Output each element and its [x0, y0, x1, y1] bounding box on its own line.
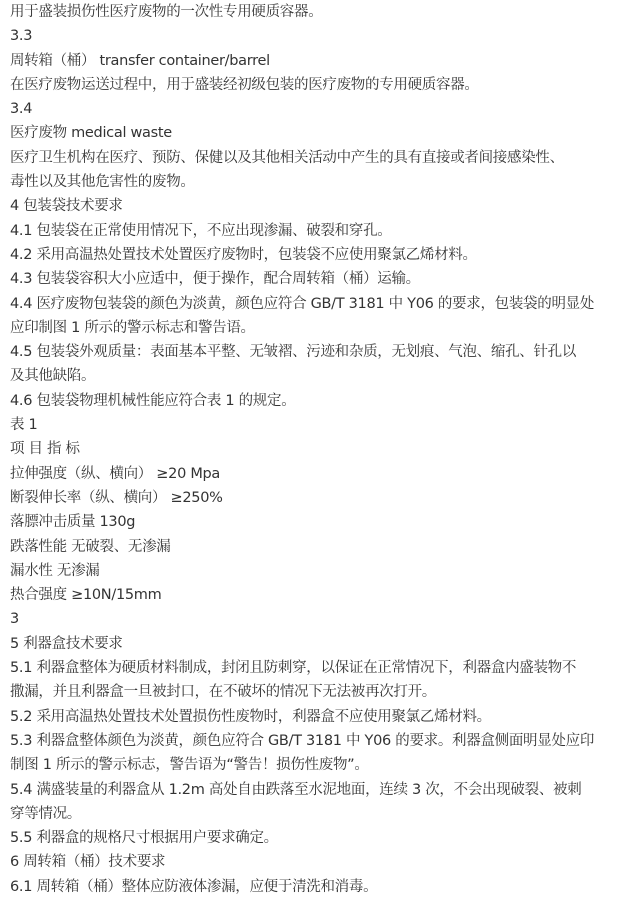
term-heading: 周转箱（桶） transfer container/barrel: [10, 49, 637, 73]
text-line: 医疗卫生机构在医疗、预防、保健以及其他相关活动中产生的具有直接或者间接感染性、: [10, 146, 637, 170]
section-number-3-4: 3.4: [10, 97, 637, 121]
section-heading-4: 4 包装袋技术要求: [10, 194, 637, 218]
term-heading: 医疗废物 medical waste: [10, 121, 637, 145]
text-line: 及其他缺陷。: [10, 364, 637, 388]
clause-4-2: 4.2 采用高温热处置技术处置医疗废物时，包装袋不应使用聚氯乙烯材料。: [10, 243, 637, 267]
section-heading-6: 6 周转箱（桶）技术要求: [10, 850, 637, 874]
table-row: 落膘冲击质量 130g: [10, 510, 637, 534]
text-line: 制图 1 所示的警示标志，警告语为“警告！损伤性废物”。: [10, 753, 637, 777]
table-row: 漏水性 无渗漏: [10, 559, 637, 583]
clause-5-2: 5.2 采用高温热处置技术处置损伤性废物时，利器盒不应使用聚氯乙烯材料。: [10, 705, 637, 729]
document-body: 用于盛装损伤性医疗废物的一次性专用硬质容器。 3.3 周转箱（桶） transf…: [0, 0, 637, 899]
table-row: 拉伸强度（纵、横向） ≥20 Mpa: [10, 462, 637, 486]
clause-5-3: 5.3 利器盒整体颜色为淡黄，颜色应符合 GB/T 3181 中 Y06 的要求…: [10, 729, 637, 753]
text-line: 毒性以及其他危害性的废物。: [10, 170, 637, 194]
text-line: 在医疗废物运送过程中，用于盛装经初级包装的医疗废物的专用硬质容器。: [10, 73, 637, 97]
table-row: 断裂伸长率（纵、横向） ≥250%: [10, 486, 637, 510]
text-line: 用于盛装损伤性医疗废物的一次性专用硬质容器。: [10, 0, 637, 24]
clause-6-1: 6.1 周转箱（桶）整体应防液体渗漏，应便于清洗和消毒。: [10, 875, 637, 899]
clause-4-4: 4.4 医疗废物包装袋的颜色为淡黄，颜色应符合 GB/T 3181 中 Y06 …: [10, 292, 637, 316]
text-line: 应印制图 1 所示的警示标志和警告语。: [10, 316, 637, 340]
text-line: 撒漏，并且利器盒一旦被封口，在不破坏的情况下无法被再次打开。: [10, 680, 637, 704]
table-row: 热合强度 ≥10N/15mm: [10, 583, 637, 607]
clause-4-3: 4.3 包装袋容积大小应适中，便于操作，配合周转箱（桶）运输。: [10, 267, 637, 291]
clause-4-6: 4.6 包装袋物理机械性能应符合表 1 的规定。: [10, 389, 637, 413]
clause-5-1: 5.1 利器盒整体为硬质材料制成，封闭且防刺穿，以保证在正常情况下，利器盒内盛装…: [10, 656, 637, 680]
page-number: 3: [10, 607, 637, 631]
clause-5-5: 5.5 利器盒的规格尺寸根据用户要求确定。: [10, 826, 637, 850]
clause-4-5: 4.5 包装袋外观质量：表面基本平整、无皱褶、污迹和杂质，无划痕、气泡、缩孔、针…: [10, 340, 637, 364]
text-line: 穿等情况。: [10, 802, 637, 826]
table-header: 项 目 指 标: [10, 437, 637, 461]
table-row: 跌落性能 无破裂、无渗漏: [10, 535, 637, 559]
table-caption: 表 1: [10, 413, 637, 437]
section-heading-5: 5 利器盒技术要求: [10, 632, 637, 656]
clause-4-1: 4.1 包装袋在正常使用情况下，不应出现渗漏、破裂和穿孔。: [10, 219, 637, 243]
clause-5-4: 5.4 满盛装量的利器盒从 1.2m 高处自由跌落至水泥地面，连续 3 次，不会…: [10, 778, 637, 802]
section-number-3-3: 3.3: [10, 24, 637, 48]
